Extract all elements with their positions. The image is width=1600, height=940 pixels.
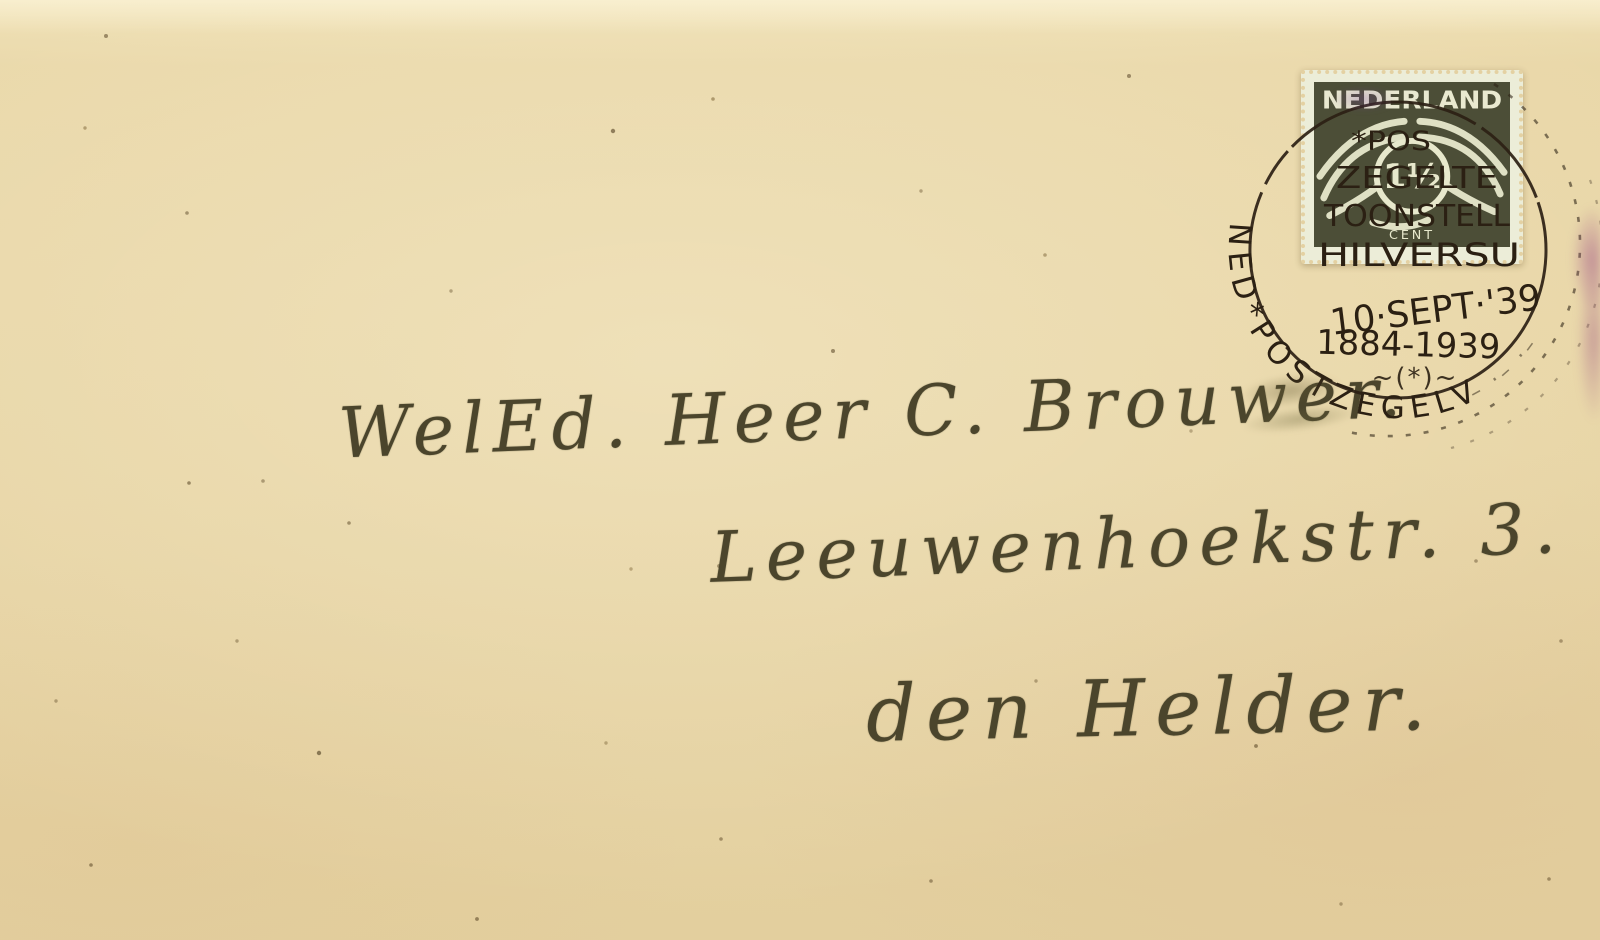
stamp-country-label: NEDERLAND — [1322, 85, 1502, 114]
postmark-date: 10·SEPT·'39 — [1328, 277, 1543, 344]
postage-stamp: NEDERLAND 1½ CENT — [1301, 70, 1523, 264]
address-line-recipient: WelEd. Heer C. Brouwer. — [337, 351, 1410, 474]
stamp-value: 1½ — [1383, 157, 1441, 196]
envelope-photo: WelEd. Heer C. Brouwer. Leeuwenhoekstr. … — [0, 0, 1600, 940]
ink-smudge-purple — [1562, 192, 1600, 430]
stamp-design: NEDERLAND 1½ CENT — [1314, 82, 1510, 247]
stamp-value-unit: CENT — [1389, 228, 1435, 243]
paper-speckles — [0, 0, 2, 2]
stamp-plate: NEDERLAND 1½ CENT — [1314, 82, 1510, 247]
address-line-city: den Helder. — [865, 658, 1437, 760]
address-line-street: Leeuwenhoekstr. 3. — [709, 487, 1566, 599]
